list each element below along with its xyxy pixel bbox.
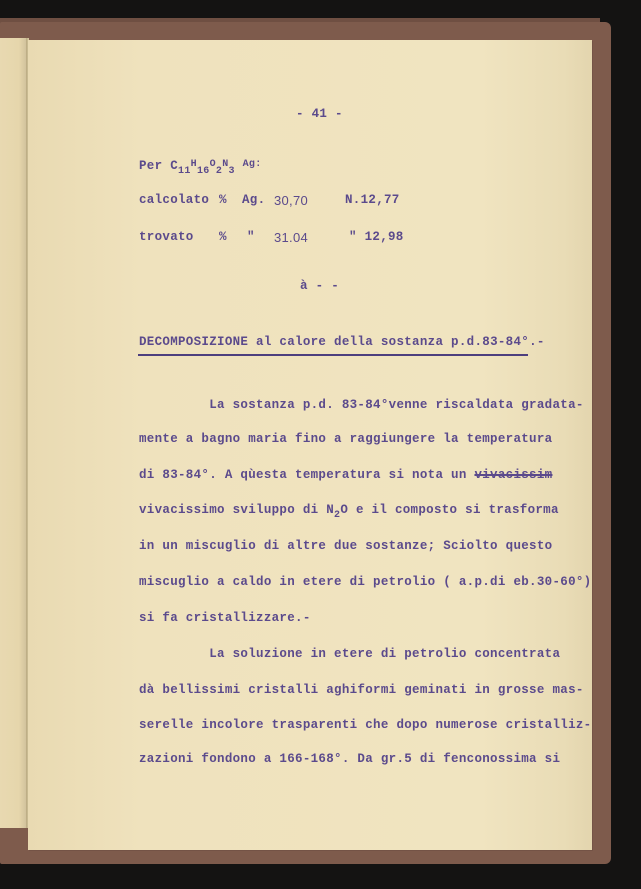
section-separator: à - - xyxy=(300,280,339,293)
found-ag-value: 31.04 xyxy=(274,231,308,244)
paragraph1-line4-rest: O e il composto si trasforma xyxy=(340,503,558,517)
calculated-percent: % xyxy=(219,194,227,207)
calculated-ag-value: 30,70 xyxy=(274,194,308,207)
formula-nitrogen-count: 3 xyxy=(229,166,235,177)
formula-line: Per C11H16O2N3 Ag: xyxy=(139,160,262,177)
calculated-row: calcolato % Ag. 30,70 N.12,77 xyxy=(139,194,439,208)
n2o-subscript: 2 xyxy=(334,510,340,521)
formula-silver: Ag: xyxy=(243,159,262,170)
calculated-element: Ag. xyxy=(242,194,265,207)
paragraph1-line7: si fa cristallizzare.- xyxy=(139,612,311,625)
found-label: trovato xyxy=(139,231,194,244)
paragraph1-line4: vivacissimo sviluppo di N2O e il compost… xyxy=(139,504,559,517)
paragraph1-line4-text: vivacissimo sviluppo di N xyxy=(139,503,334,517)
paragraph1-line2: mente a bagno maria fino a raggiungere l… xyxy=(139,433,552,446)
found-n-value: " 12,98 xyxy=(349,231,404,244)
section-heading: DECOMPOSIZIONE al calore della sostanza … xyxy=(139,336,545,349)
paragraph1-line3-text: di 83-84°. A qùesta temperatura si nota … xyxy=(139,468,474,482)
paragraph1-line3: di 83-84°. A qùesta temperatura si nota … xyxy=(139,469,552,482)
paragraph1-line6: miscuglio a caldo in etere di petrolio (… xyxy=(139,576,591,589)
page-number: - 41 - xyxy=(296,108,343,121)
left-page-edge xyxy=(0,38,27,828)
paragraph2-line2: dà bellissimi cristalli aghiformi gemina… xyxy=(139,684,584,697)
paragraph1-line1: La sostanza p.d. 83-84°venne riscaldata … xyxy=(139,399,584,412)
calculated-n-value: N.12,77 xyxy=(345,194,400,207)
formula-carbon-count: 11 xyxy=(178,166,191,177)
paragraph2-line4: zazioni fondono a 166-168°. Da gr.5 di f… xyxy=(139,753,560,766)
heading-text: DECOMPOSIZIONE al calore della sostanza … xyxy=(139,335,467,349)
found-percent: % xyxy=(219,231,227,244)
formula-prefix: Per xyxy=(139,159,162,173)
calculated-label: calcolato xyxy=(139,194,209,207)
heading-underline xyxy=(138,354,528,356)
paragraph2-line1: La soluzione in etere di petrolio concen… xyxy=(139,648,560,661)
found-row: trovato % " 31.04 " 12,98 xyxy=(139,231,439,245)
paragraph1-line5: in un miscuglio di altre due sostanze; S… xyxy=(139,540,552,553)
formula-carbon: C xyxy=(170,159,178,173)
formula-hydrogen-count: 16 xyxy=(197,166,210,177)
paragraph2-line3: serelle incolore trasparenti che dopo nu… xyxy=(139,719,591,732)
struck-out-word: vivacissim xyxy=(474,468,552,482)
heading-temperature: .83-84°.- xyxy=(474,335,544,349)
found-ditto: " xyxy=(247,231,255,244)
